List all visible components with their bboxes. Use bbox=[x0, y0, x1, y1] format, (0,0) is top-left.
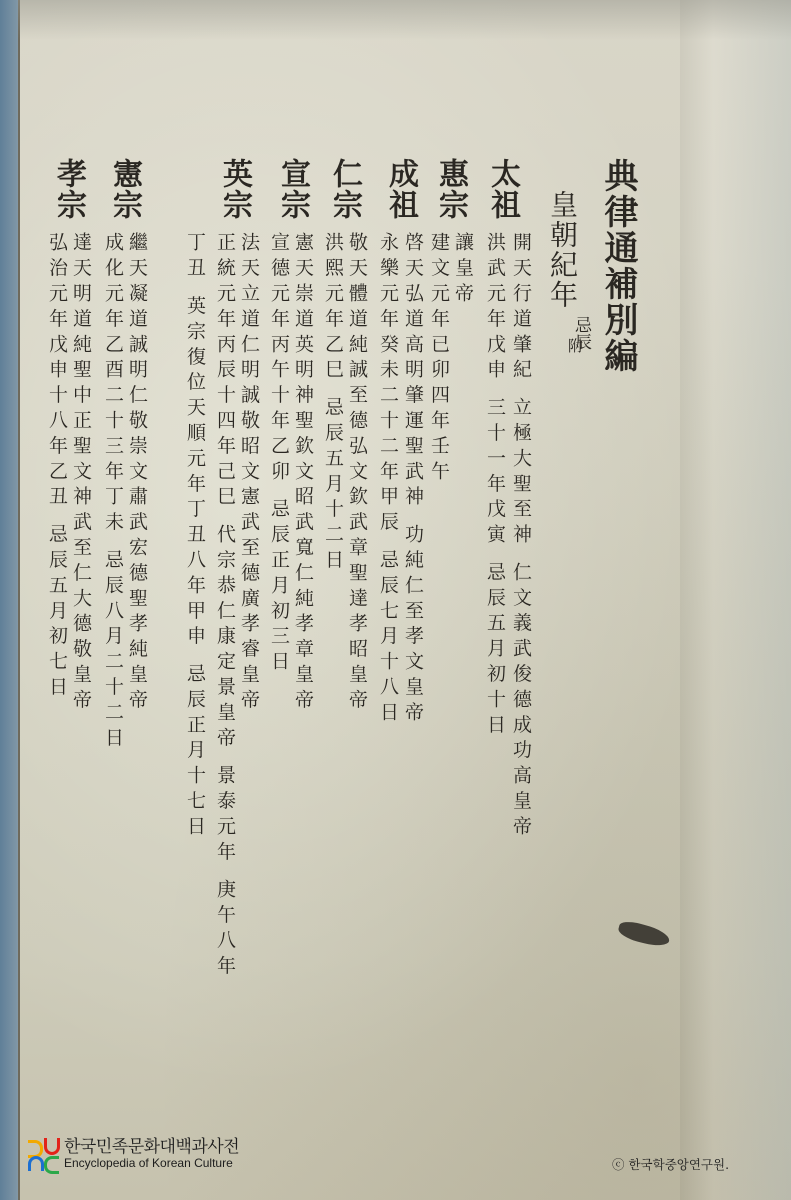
king-title-line: 達天明道純聖中正聖文神武至仁大德敬皇帝 bbox=[70, 232, 92, 715]
king-name-chengzu: 成祖 bbox=[378, 158, 422, 220]
king-title-line: 讓皇帝 bbox=[452, 232, 474, 308]
king-reign-line: 洪熙元年乙巳 忌辰五月十二日 bbox=[322, 232, 344, 575]
publisher-name-english: Encyclopedia of Korean Culture bbox=[64, 1157, 239, 1169]
document-title: 典律通補別編 bbox=[594, 158, 643, 374]
king-reign-line: 弘治元年戊申十八年乙丑 忌辰五月初七日 bbox=[46, 232, 68, 702]
king-reign-line: 建文元年已卯四年壬午 bbox=[428, 232, 450, 486]
king-name-yingzong: 英宗 bbox=[212, 158, 256, 220]
king-extra-line: 丁丑 英宗復位天順元年丁丑八年甲申 忌辰正月十七日 bbox=[184, 232, 206, 841]
king-reign-line: 正統元年丙辰十四年己巳 代宗恭仁康定景皇帝 景泰元年 庚午八年 bbox=[214, 232, 236, 981]
page-fold bbox=[680, 0, 791, 1200]
king-name-huizong: 惠宗 bbox=[428, 158, 472, 220]
king-title-line: 開天行道肇紀 立極大聖至神 仁文義武俊德成功高皇帝 bbox=[510, 232, 532, 841]
copyright-notice: ⓒ 한국학중앙연구원. bbox=[612, 1155, 729, 1173]
king-reign-line: 洪武元年戊申 三十一年戊寅 忌辰五月初十日 bbox=[484, 232, 506, 739]
king-name-xianzong: 憲宗 bbox=[102, 158, 146, 220]
subtitle-note-gijin: 忌辰 bbox=[572, 316, 589, 350]
king-reign-line: 宣德元年丙午十年乙卯 忌辰正月初三日 bbox=[268, 232, 290, 676]
king-title-line: 繼天凝道誠明仁敬崇文肅武宏德聖孝純皇帝 bbox=[126, 232, 148, 715]
page-top-edge bbox=[18, 0, 791, 40]
document-subtitle: 皇朝紀年 bbox=[542, 190, 582, 310]
king-name-taejo: 太祖 bbox=[480, 158, 524, 220]
encyclopedia-logo-icon bbox=[28, 1138, 60, 1170]
king-title-line: 敬天體道純誠至德弘文欽武章聖達孝昭皇帝 bbox=[346, 232, 368, 715]
king-name-renzong: 仁宗 bbox=[322, 158, 366, 220]
king-name-xuanzong: 宣宗 bbox=[270, 158, 314, 220]
king-name-xiaozong: 孝宗 bbox=[46, 158, 90, 220]
publisher-logo: 한국민족문화대백과사전 Encyclopedia of Korean Cultu… bbox=[28, 1138, 239, 1170]
king-title-line: 法天立道仁明誠敬昭文憲武至德廣孝睿皇帝 bbox=[238, 232, 260, 715]
king-reign-line: 成化元年乙酉二十三年丁未 忌辰八月二十二日 bbox=[102, 232, 124, 752]
king-title-line: 憲天崇道英明神聖欽文昭武寬仁純孝章皇帝 bbox=[292, 232, 314, 715]
king-reign-line: 永樂元年癸未二十二年甲辰 忌辰七月十八日 bbox=[377, 232, 399, 727]
king-title-line: 啓天弘道高明肇運聖武神 功純仁至孝文皇帝 bbox=[402, 232, 424, 727]
publisher-name-korean: 한국민족문화대백과사전 bbox=[64, 1139, 239, 1156]
